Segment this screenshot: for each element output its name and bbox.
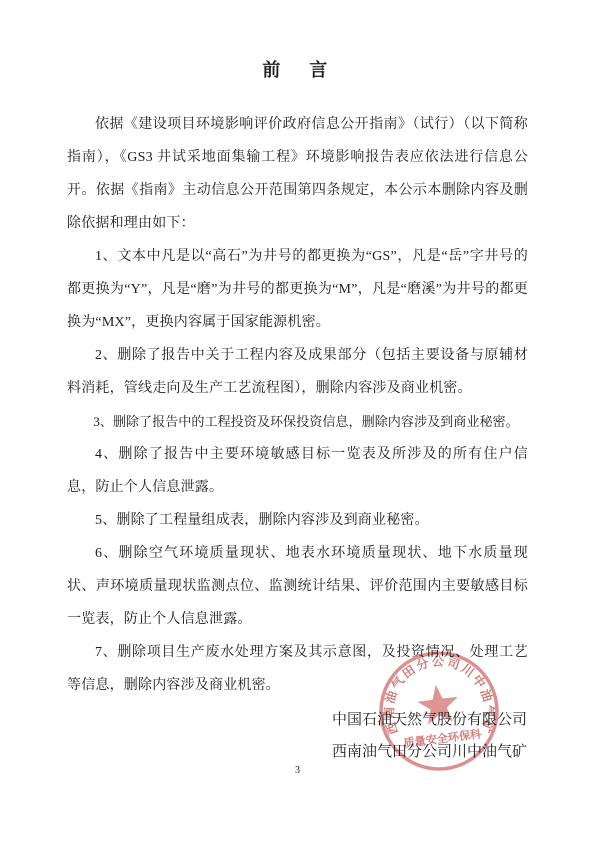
item-5-paragraph: 5、删除了工程量组成表，删除内容涉及到商业秘密。 (67, 504, 528, 537)
signature-block: 中国石油天然气股份有限公司 西南油气田分公司川中油气矿 (332, 704, 527, 768)
company-name-line: 中国石油天然气股份有限公司 (332, 704, 527, 736)
document-page: 前 言 依据《建设项目环境影响评价政府信息公开指南》（试行）（以下简称指南），《… (0, 0, 595, 841)
document-body: 依据《建设项目环境影响评价政府信息公开指南》（试行）（以下简称指南），《GS3 … (67, 108, 528, 702)
item-3-paragraph: 3、删除了报告中的工程投资及环保投资信息，删除内容涉及到商业秘密。 (67, 405, 528, 438)
item-6-paragraph: 6、删除空气环境质量现状、地表水环境质量现状、地下水质量现状、声环境质量现状监测… (67, 537, 528, 636)
item-4-paragraph: 4、删除了报告中主要环境敏感目标一览表及所涉及的所有住户信息，防止个人信息泄露。 (67, 438, 528, 504)
page-number: 3 (0, 765, 595, 776)
intro-paragraph: 依据《建设项目环境影响评价政府信息公开指南》（试行）（以下简称指南），《GS3 … (67, 108, 528, 240)
item-7-paragraph: 7、删除项目生产废水处理方案及其示意图，及投资情况、处理工艺等信息，删除内容涉及… (67, 636, 528, 702)
page-title: 前 言 (0, 56, 595, 82)
item-1-paragraph: 1、文本中凡是以“高石”为井号的都更换为“GS”，凡是“岳”字井号的都更换为“Y… (67, 240, 528, 339)
branch-name-line: 西南油气田分公司川中油气矿 (332, 736, 527, 768)
item-2-paragraph: 2、删除了报告中关于工程内容及成果部分（包括主要设备与原辅材料消耗，管线走向及生… (67, 339, 528, 405)
